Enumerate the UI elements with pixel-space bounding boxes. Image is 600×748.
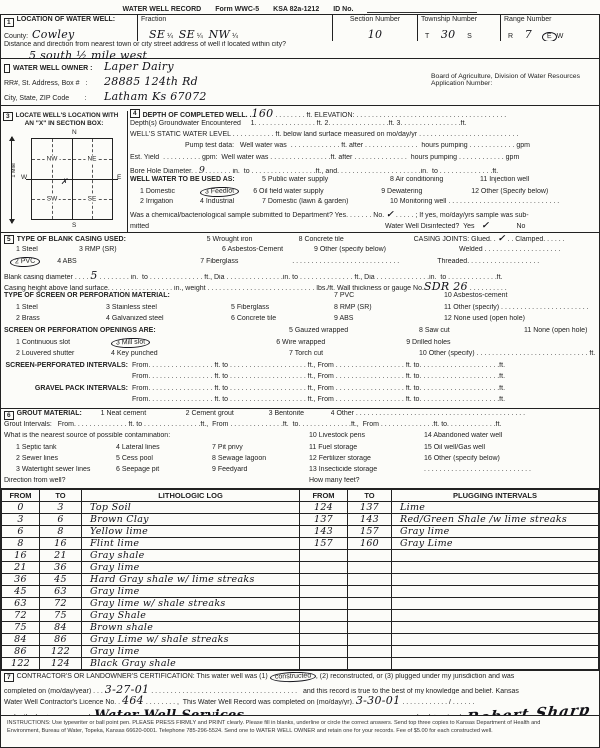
form-text: 2 Irrigation	[140, 198, 200, 205]
plug-from-value	[300, 658, 348, 670]
plug-from-value	[300, 586, 348, 598]
feedlot-option-circled: 3 Feedlot	[200, 187, 240, 198]
log-from-value: 3	[2, 514, 40, 526]
owner-value: Laper Dairy	[104, 60, 174, 73]
static-water-level-line: WELL'S STATIC WATER LEVEL . . . . . . . …	[128, 131, 599, 142]
log-to-value: 6	[40, 514, 82, 526]
log-to-value: 21	[40, 550, 82, 562]
log-from-value: 63	[2, 598, 40, 610]
form-text: What is the nearest source of possible c…	[4, 432, 309, 439]
log-to-value: 16	[40, 538, 82, 550]
form-text: 2 Louvered shutter	[16, 350, 111, 357]
business-name-value: Water Well Services	[94, 708, 244, 716]
form-text: Direction from well?	[4, 477, 309, 484]
section-5-number: 5	[4, 235, 14, 244]
log-from-value: 36	[2, 574, 40, 586]
depth-completed-label: DEPTH OF COMPLETED WELL. .	[143, 112, 252, 119]
log-table-row: 03Top Soil124137Lime	[2, 502, 599, 514]
screen-perforated-intervals-line2: From. . . . . . . . . . . . . . . . . ft…	[1, 373, 599, 385]
constructed-option-circled: constructed	[269, 672, 316, 683]
blank-casing-diameter-value: 5	[90, 269, 97, 281]
location-box-and-depth-section: 3 LOCATE WELL'S LOCATION WITH 4 DEPTH OF…	[1, 106, 599, 233]
log-table-row: 7275Gray Shale	[2, 610, 599, 622]
owner-label: WATER WELL OWNER :	[13, 65, 92, 72]
form-text: 1 Neat cement	[101, 410, 186, 417]
form-text: 14 Abandoned water well	[424, 432, 596, 439]
log-table-row: 1621Gray shale	[2, 550, 599, 562]
plug-from-value	[300, 562, 348, 574]
log-description-value: Hard Gray shale w/ lime streaks	[82, 574, 300, 586]
log-table-row: 86122Gray lime	[2, 646, 599, 658]
openings-header-line: SCREEN OR PERFORATION OPENINGS ARE:5 Gau…	[1, 327, 599, 339]
location-section: 1LOCATION OF WATER WELL: County: Cowley …	[1, 15, 599, 59]
log-to-value: 3	[40, 502, 82, 514]
log-to-value: 75	[40, 610, 82, 622]
plug-from-value	[300, 550, 348, 562]
owner-section: ​WATER WELL OWNER :Laper Dairy RR#, St. …	[1, 59, 599, 106]
blank-casing-header-line: 5TYPE OF BLANK CASING USED:5 Wrought iro…	[1, 234, 599, 246]
plug-description-value	[392, 562, 599, 574]
address-label: RR#, St. Address, Box # :	[4, 80, 104, 87]
form-text: completed on (mo/day/year) . . .	[4, 688, 105, 694]
form-text: 2 Cement grout	[186, 410, 269, 417]
location-title: LOCATION OF WATER WELL:	[17, 16, 116, 23]
distance-direction-row: Distance and direction from nearest town…	[1, 41, 599, 59]
one-mile-arrow: 1 Mile	[11, 137, 12, 223]
log-to-value: 124	[40, 658, 82, 670]
log-description-value: Yellow lime	[82, 526, 300, 538]
log-description-value: Brown Clay	[82, 514, 300, 526]
disinfected-line: mittedWater Well Disinfected? Yes ✓ No	[128, 221, 599, 232]
bore-hole-diameter-line: Bore Hole Diameter. . 9. . . . . . . in.…	[128, 165, 599, 176]
plug-description-value: Gray lime	[392, 526, 599, 538]
pvc-option-circled: 2 PVC	[10, 257, 41, 268]
log-description-value: Gray lime w/ shale streaks	[82, 598, 300, 610]
city-state-zip-label: City, State, ZIP Code :	[4, 95, 104, 102]
form-text: 8 Saw cut	[419, 327, 524, 334]
log-table-row: 68Yellow lime143157Gray lime	[2, 526, 599, 538]
form-text: 6 Wire wrapped	[276, 339, 406, 346]
casing-row3-line: 2 PVC4 ABS7 Fiberglass. . . . . . . . . …	[1, 257, 599, 269]
depth-details-panel: Depth(s) Groundwater Encountered 1. . . …	[128, 119, 599, 233]
ksa-reference: KSA 82a-1212	[273, 6, 319, 13]
form-text: . . . . . . . in. to . . . . . . . . . .…	[205, 168, 597, 175]
log-description-value: Top Soil	[82, 502, 300, 514]
certification-section: 7CONTRACTOR'S OR LANDOWNER'S CERTIFICATI…	[1, 670, 599, 716]
log-table-row: 2136Gray lime	[2, 562, 599, 574]
plug-description-value: Red/Green Shale /w lime streaks	[392, 514, 599, 526]
log-from-value: 6	[2, 526, 40, 538]
plug-from-value	[300, 634, 348, 646]
plug-to-value: 137	[348, 502, 392, 514]
section-box-instruction: AN "X" IN SECTION BOX:	[1, 119, 127, 127]
form-text: 3 Stainless steel	[106, 304, 231, 311]
plug-to-value: 143	[348, 514, 392, 526]
sample-submitted-line: Was a chemical/bacteriological sample su…	[128, 210, 599, 221]
form-text: 7 Fiberglass	[200, 258, 292, 265]
application-number-label: Application Number:	[431, 80, 580, 87]
form-text: Welded . . . . . . . . . . . . . . . . .…	[459, 246, 596, 253]
instructions-line-2: Environment, Bureau of Water, Topeka, Ka…	[7, 728, 593, 736]
certification-line1: 7CONTRACTOR'S OR LANDOWNER'S CERTIFICATI…	[1, 672, 599, 683]
city-state-zip-value: Latham Ks 67072	[104, 90, 207, 103]
groundwater-encountered-line: Depth(s) Groundwater Encountered 1. . . …	[128, 120, 599, 131]
log-table-row: 7584Brown shale	[2, 622, 599, 634]
screen-material-header-line: TYPE OF SCREEN OR PERFORATION MATERIAL:7…	[1, 292, 599, 304]
log-from-value: 75	[2, 622, 40, 634]
form-text: 8 RMP (SR)	[334, 304, 444, 311]
form-text: . . . . . . . . . .	[468, 285, 596, 292]
log-description-value: Gray lime	[82, 562, 300, 574]
form-text: 9 Feedyard	[212, 466, 309, 473]
form-text: 1 Continuous slot	[16, 339, 111, 346]
distance-direction-value: 5 south ½ mile west	[4, 49, 596, 59]
agency-name: Board of Agriculture, Division of Water …	[431, 73, 580, 80]
water-well-record-form: WATER WELL RECORD Form WWC-5 KSA 82a-121…	[0, 0, 600, 748]
plug-description-value	[392, 574, 599, 586]
range-east-circled: E	[542, 32, 557, 41]
section-7-number: 7	[4, 673, 14, 682]
log-table-header-row: FROM TO LITHOLOGIC LOG FROM TO PLUGGING …	[2, 490, 599, 502]
form-text: 8 Concrete tile	[299, 236, 414, 243]
log-description-value: Gray Lime w/ shale streaks	[82, 634, 300, 646]
direction-from-well-line: Direction from well?How many feet?	[1, 477, 599, 488]
form-number: Form WWC-5	[215, 6, 259, 13]
log-to-value: 84	[40, 622, 82, 634]
township-s-label: S	[455, 33, 471, 40]
one-mile-label: 1 Mile	[11, 163, 17, 178]
plug-from-value: 124	[300, 502, 348, 514]
form-text: GROUT MATERIAL:	[17, 410, 101, 417]
form-text: TYPE OF SCREEN OR PERFORATION MATERIAL:	[4, 292, 334, 299]
form-text: 12 None used (open hole)	[444, 315, 596, 322]
plug-to-value	[348, 598, 392, 610]
plug-to-value: 160	[348, 538, 392, 550]
form-text: 9 Dewatering	[381, 188, 471, 195]
section-34-title-row: 3 LOCATE WELL'S LOCATION WITH 4 DEPTH OF…	[1, 106, 599, 119]
screen-perforated-intervals-line1: SCREEN-PERFORATED INTERVALS:From. . . . …	[1, 362, 599, 374]
range-r-label: R	[508, 33, 525, 40]
log-to-value: 36	[40, 562, 82, 574]
form-text: Casing height above land surface. . . . …	[4, 285, 424, 292]
form-text: 4 Key punched	[111, 350, 289, 357]
used-as-row3-line: 2 Irrigation4 Industrial7 Domestic (lawn…	[128, 198, 599, 209]
range-label: Range Number	[504, 16, 551, 23]
form-text: 6 Seepage pit	[116, 466, 212, 473]
log-to-value: 45	[40, 574, 82, 586]
form-text: 4 ABS	[57, 258, 200, 265]
form-text: 2 Sewer lines	[16, 455, 116, 462]
quarter-symbol: ¼	[195, 33, 209, 40]
id-number-label: ID No.	[333, 6, 353, 13]
plug-description-value	[392, 610, 599, 622]
fraction-label: Fraction	[141, 16, 166, 23]
instructions: INSTRUCTIONS: Use typewriter or ball poi…	[1, 716, 599, 748]
log-description-value: Black Gray shale	[82, 658, 300, 670]
plug-to-value	[348, 550, 392, 562]
form-text: Bore Hole Diameter. .	[130, 168, 199, 175]
form-text: Grout Intervals: From. . . . . . . . . .…	[4, 421, 596, 428]
form-text: 4 Industrial	[200, 198, 262, 205]
form-text: 10 Asbestos-cement	[444, 292, 596, 299]
township-value: 30	[441, 28, 456, 41]
form-text: . . . . . ; If yes, mo/day/yrs sample wa…	[394, 212, 597, 219]
form-text: Est. Yield . . . . . . . . . . gpm: Well…	[130, 154, 597, 161]
log-from-value: 21	[2, 562, 40, 574]
center-line-horizontal	[26, 179, 118, 180]
form-text: SCREEN OR PERFORATION OPENINGS ARE:	[4, 327, 289, 334]
contamination-row4-line: 3 Watertight sewer lines6 Seepage pit9 F…	[1, 466, 599, 477]
form-text: 7 Domestic (lawn & garden)	[262, 198, 390, 205]
mill-slot-option-circled: 3 Mill slot	[111, 338, 151, 349]
plug-from-value	[300, 646, 348, 658]
form-text: 9 Drilled holes	[406, 339, 596, 346]
fraction-value-2: SE	[179, 28, 195, 41]
section-4-number: 4	[130, 109, 140, 118]
section-6-number: 6	[4, 411, 14, 420]
locate-well-title: LOCATE WELL'S LOCATION WITH	[16, 112, 119, 119]
plug-to-value	[348, 586, 392, 598]
form-text: 3 Bentonite	[269, 410, 331, 417]
form-text: 10 Monitoring well . . . . . . . . . . .…	[390, 198, 597, 205]
log-to-value: 63	[40, 586, 82, 598]
range-value: 7	[525, 28, 532, 41]
section-2-number: ​	[4, 64, 10, 73]
form-text: How many feet?	[309, 477, 596, 484]
log-description-value: Flint lime	[82, 538, 300, 550]
log-to-header: TO	[40, 490, 82, 502]
form-text: 6 Concrete tile	[231, 315, 334, 322]
certification-line3: Water Well Contractor's Licence No. . 46…	[1, 694, 599, 705]
township-t-label: T	[425, 33, 441, 40]
plug-to-value	[348, 622, 392, 634]
grout-contamination-section: 6GROUT MATERIAL:1 Neat cement2 Cement gr…	[1, 409, 599, 489]
ne-quadrant-label: NE	[85, 156, 98, 163]
log-description-value: Gray lime	[82, 646, 300, 658]
county-label: County:	[4, 33, 32, 40]
log-from-value: 16	[2, 550, 40, 562]
log-to-value: 122	[40, 646, 82, 658]
form-text: 16 Other (specify below)	[424, 455, 596, 462]
plug-from-value	[300, 574, 348, 586]
section-number-label: Section Number	[350, 16, 400, 23]
contractor-license-value: 464	[122, 694, 144, 705]
form-text: 15 Oil well/Gas well	[424, 444, 596, 451]
form-text: From. . . . . . . . . . . . . . . . . ft…	[132, 396, 596, 403]
agency-block: Board of Agriculture, Division of Water …	[431, 73, 580, 87]
plug-to-value: 157	[348, 526, 392, 538]
log-from-value: 86	[2, 646, 40, 658]
form-text: Depth(s) Groundwater Encountered 1. . . …	[130, 120, 597, 127]
form-text: 11 None (open hole)	[524, 327, 596, 334]
form-text: 7 Torch cut	[289, 350, 419, 357]
form-text: Water Well Disinfected? Yes	[385, 223, 475, 230]
county-value: Cowley	[32, 28, 75, 41]
form-text: 3 Watertight sewer lines	[16, 466, 116, 473]
plug-from-value: 137	[300, 514, 348, 526]
form-text: 5 Fiberglass	[231, 304, 334, 311]
form-text: 4 Galvanized steel	[106, 315, 231, 322]
plug-description-value: Gray Lime	[392, 538, 599, 550]
completed-date-value: 3-27-01	[105, 683, 150, 694]
log-from-value: 45	[2, 586, 40, 598]
log-to-value: 72	[40, 598, 82, 610]
plug-to-value	[348, 634, 392, 646]
disinfected-yes-check: ✓	[475, 221, 490, 231]
log-table-row: 3645Hard Gray shale w/ lime streaks	[2, 574, 599, 586]
form-text: 5 Wrought iron	[207, 236, 299, 243]
range-cell: Range Number R 7EW	[501, 15, 599, 41]
log-table-row: 8486Gray Lime w/ shale streaks	[2, 634, 599, 646]
plug-description-value	[392, 550, 599, 562]
form-text: From. . . . . . . . . . . . . . . . . ft…	[132, 362, 596, 369]
elevation-label: . . . . . . . . ft. ELEVATION: . . . . .…	[273, 112, 597, 119]
lithologic-log-table: FROM TO LITHOLOGIC LOG FROM TO PLUGGING …	[1, 489, 599, 670]
log-from-value: 0	[2, 502, 40, 514]
blank-casing-diameter-line: Blank casing diameter . . . . 5 . . . . …	[1, 269, 599, 281]
screen-material-row3-line: 2 Brass4 Galvanized steel6 Concrete tile…	[1, 315, 599, 327]
plug-to-value	[348, 658, 392, 670]
south-label: S	[72, 222, 76, 229]
plug-from-value	[300, 622, 348, 634]
form-text: SCREEN-PERFORATED INTERVALS:	[4, 362, 132, 369]
log-to-value: 8	[40, 526, 82, 538]
form-text: 1 Septic tank	[16, 444, 116, 451]
form-text: CONTRACTOR'S OR LANDOWNER'S CERTIFICATIO…	[17, 673, 270, 680]
plug-description-value: Lime	[392, 502, 599, 514]
form-title: WATER WELL RECORD	[123, 6, 202, 13]
plug-description-value	[392, 658, 599, 670]
form-text: 11 Injection well	[480, 176, 597, 183]
plug-to-header: TO	[348, 490, 392, 502]
form-text: Threaded. . . . . . . . . . . . . . . . …	[437, 258, 596, 265]
form-text: Was a chemical/bacteriological sample su…	[130, 212, 386, 219]
plug-description-value	[392, 634, 599, 646]
plugging-intervals-header: PLUGGING INTERVALS	[392, 490, 599, 502]
openings-row2-line: 1 Continuous slot3 Mill slot6 Wire wrapp…	[1, 338, 599, 350]
form-text: . . . . . . . . , This Water Well Record…	[144, 699, 356, 705]
section-square: NW NE SW SE ✗	[31, 138, 113, 220]
form-text: 9 Other (specify below)	[314, 246, 459, 253]
log-table-row: 36Brown Clay137143Red/Green Shale /w lim…	[2, 514, 599, 526]
fraction-cell: Fraction SE ¼ SE ¼ NW ¼	[138, 15, 333, 41]
gravel-pack-intervals-line2: From. . . . . . . . . . . . . . . . . ft…	[1, 396, 599, 408]
form-text: Blank casing diameter . . . .	[4, 274, 90, 281]
used-as-row2-line: 1 Domestic3 Feedlot6 Oil field water sup…	[128, 187, 599, 198]
form-text: Pump test data: Well water was . . . . .…	[185, 142, 597, 149]
casing-height-line: Casing height above land surface. . . . …	[1, 280, 599, 292]
form-text: , (2) reconstructed, or (3) plugged unde…	[316, 673, 596, 680]
plug-from-value: 143	[300, 526, 348, 538]
certification-line2: completed on (mo/day/year) . . . 3-27-01…	[1, 683, 599, 694]
form-text: 12 Other (Specify below)	[471, 188, 597, 195]
form-text: From. . . . . . . . . . . . . . . . . ft…	[132, 385, 596, 392]
township-cell: Township Number T 30 S	[418, 15, 501, 41]
form-text: 11 Fuel storage	[309, 444, 424, 451]
section-2-number-and-owner-label: ​WATER WELL OWNER :	[4, 65, 104, 72]
sw-quadrant-label: SW	[45, 196, 59, 203]
plug-from-header: FROM	[300, 490, 348, 502]
casing-screen-section: 5TYPE OF BLANK CASING USED:5 Wrought iro…	[1, 233, 599, 409]
contamination-header-line: What is the nearest source of possible c…	[1, 432, 599, 443]
pump-test-line: Pump test data: Well water was . . . . .…	[128, 142, 599, 153]
plug-to-value	[348, 646, 392, 658]
plug-to-value	[348, 610, 392, 622]
contamination-row2-line: 1 Septic tank4 Lateral lines7 Pit privy1…	[1, 444, 599, 455]
fraction-value-1: SE	[149, 28, 165, 41]
used-as-header-line: WELL WATER TO BE USED AS:5 Public water …	[128, 176, 599, 187]
form-text: 5 Cess pool	[116, 455, 212, 462]
log-description-value: Gray Shale	[82, 610, 300, 622]
plug-description-value	[392, 622, 599, 634]
form-text: CASING JOINTS: Glued. .	[414, 236, 498, 243]
plug-description-value	[392, 598, 599, 610]
section-1-number: 1	[4, 18, 14, 27]
form-text: GRAVEL PACK INTERVALS:	[4, 385, 132, 392]
form-text: . . Clamped. . . . . .	[506, 236, 597, 243]
log-from-value: 84	[2, 634, 40, 646]
plug-from-value	[300, 610, 348, 622]
fraction-value-3: NW	[209, 28, 231, 41]
casing-joints-glued-check: ✓	[498, 234, 506, 244]
certification-line4: under the business name of Water Well Se…	[1, 705, 599, 716]
form-text: . . . . . . . . . . . . . . . . . . . . …	[292, 258, 437, 265]
log-table-body: 03Top Soil124137Lime36Brown Clay137143Re…	[2, 502, 599, 670]
se-quadrant-label: SE	[86, 196, 99, 203]
form-text: 8 Sewage lagoon	[212, 455, 309, 462]
instructions-line-1: INSTRUCTIONS: Use typewriter or ball poi…	[7, 720, 593, 728]
form-text: 8 Air conditioning	[390, 176, 480, 183]
log-table-row: 816Flint lime157160Gray Lime	[2, 538, 599, 550]
grout-intervals-line: Grout Intervals: From. . . . . . . . . .…	[1, 421, 599, 432]
form-header: WATER WELL RECORD Form WWC-5 KSA 82a-121…	[0, 0, 600, 14]
location-header-row: 1LOCATION OF WATER WELL: County: Cowley …	[1, 15, 599, 41]
range-w-label: W	[557, 33, 564, 40]
form-text: 3 RMP (SR)	[79, 246, 222, 253]
form-text: 1 Steel	[16, 304, 106, 311]
form-text: 13 Insecticide storage	[309, 466, 424, 473]
log-from-header: FROM	[2, 490, 40, 502]
log-from-value: 122	[2, 658, 40, 670]
form-text: From. . . . . . . . . . . . . . . . . ft…	[132, 373, 596, 380]
log-table-row: 4563Gray lime	[2, 586, 599, 598]
log-description-value: Gray shale	[82, 550, 300, 562]
grout-material-line: 6GROUT MATERIAL:1 Neat cement2 Cement gr…	[1, 410, 599, 421]
plug-to-value	[348, 574, 392, 586]
screen-material-row2-line: 1 Steel3 Stainless steel5 Fiberglass8 RM…	[1, 304, 599, 316]
plug-to-value	[348, 562, 392, 574]
plug-description-value	[392, 646, 599, 658]
form-text: . . . . . . . . in. to . . . . . . . . .…	[98, 274, 596, 281]
township-label: Township Number	[421, 16, 477, 23]
form-text: 2 Brass	[16, 315, 106, 322]
form-text: . . . . . . . . . . . . . . . . . . . . …	[424, 466, 596, 473]
form-text: 4 Other . . . . . . . . . . . . . . . . …	[331, 410, 596, 417]
form-text: 7 PVC	[334, 292, 444, 299]
plug-from-value: 157	[300, 538, 348, 550]
form-text: No	[489, 223, 597, 230]
id-number-blank	[367, 5, 477, 13]
form-text: 11 Other (specify) . . . . . . . . . . .…	[444, 304, 596, 311]
form-text: 9 ABS	[334, 315, 444, 322]
county-cell: 1LOCATION OF WATER WELL: County: Cowley	[1, 15, 138, 41]
openings-row3-line: 2 Louvered shutter4 Key punched7 Torch c…	[1, 350, 599, 362]
lithologic-log-header: LITHOLOGIC LOG	[82, 490, 300, 502]
gravel-pack-intervals-line1: GRAVEL PACK INTERVALS:From. . . . . . . …	[1, 385, 599, 397]
log-table-row: 122124Black Gray shale	[2, 658, 599, 670]
quarter-symbol: ¼	[165, 33, 179, 40]
casing-row2-line: 1 Steel3 RMP (SR)6 Asbestos-Cement9 Othe…	[1, 246, 599, 258]
